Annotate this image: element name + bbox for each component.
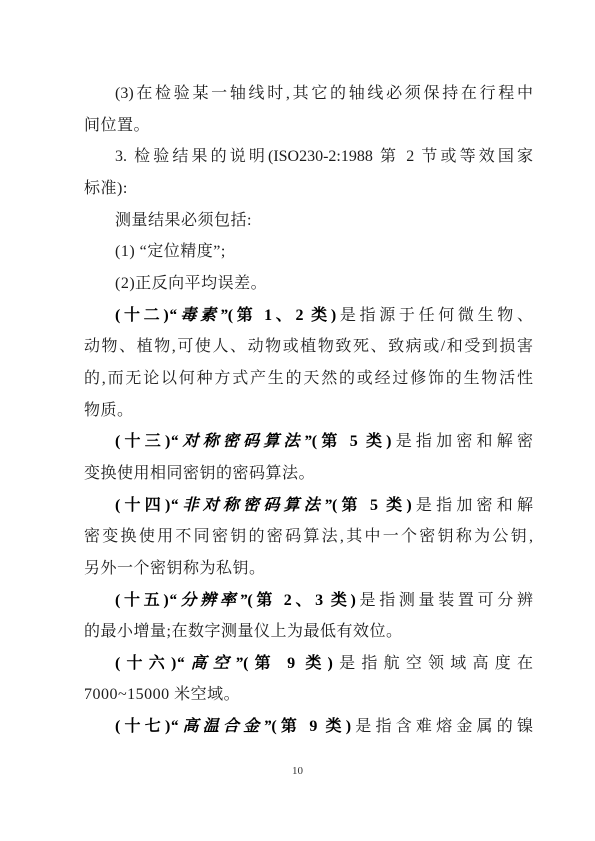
body-text: 是指含难熔金属的镍 — [351, 718, 533, 735]
paragraph: (十六)“高空”(第 9 类)是指航空领域高度在7000~15000 米空域。 — [84, 648, 533, 711]
body-text: 测量结果必须包括: — [115, 212, 252, 229]
emphasis-text: (第 9 类) — [243, 655, 333, 672]
emphasis-text: (第 5 类) — [332, 497, 412, 514]
emphasis-text: (第 5 类) — [312, 433, 392, 450]
body-text: 是指测量装置可分辨 — [356, 592, 533, 609]
text-line: (十三)“对称密码算法”(第 5 类)是指加密和解密 — [84, 426, 533, 458]
emphasis-text: “分辨率” — [169, 592, 248, 609]
text-line: 7000~15000 米空域。 — [84, 679, 533, 711]
body-text: 变换使用相同密钥的密码算法。 — [84, 465, 315, 482]
text-line: (十五)“分辨率”(第 2、3 类)是指测量装置可分辨 — [84, 585, 533, 617]
body-text: 是指加密和解 — [412, 497, 533, 514]
document-body: (3)在检验某一轴线时,其它的轴线必须保持在行程中间位置。3. 检验结果的说明(… — [84, 78, 533, 743]
paragraph: 3. 检验结果的说明(ISO230-2:1988 第 2 节或等效国家标准): — [84, 141, 533, 204]
body-text: (3)在检验某一轴线时,其它的轴线必须保持在行程中 — [115, 85, 533, 102]
emphasis-text: “对称密码算法” — [170, 433, 311, 450]
text-line: 的最小增量;在数字测量仪上为最低有效位。 — [84, 616, 533, 648]
text-line: 另外一个密钥称为私钥。 — [84, 553, 533, 585]
body-text: 是指源于任何微生物、 — [336, 307, 533, 324]
body-text: 是指航空领域高度在 — [333, 655, 533, 672]
body-text: 7000~15000 米空域。 — [84, 686, 240, 703]
body-text: (2)正反向平均误差。 — [115, 275, 267, 292]
text-line: 3. 检验结果的说明(ISO230-2:1988 第 2 节或等效国家 — [84, 141, 533, 173]
body-text: 动物、植物,可使人、动物或植物致死、致病或/和受到损害 — [84, 338, 533, 355]
text-line: 密变换使用不同密钥的密码算法,其中一个密钥称为公钥, — [84, 521, 533, 553]
body-text: 物质。 — [84, 402, 134, 419]
body-text: 密变换使用不同密钥的密码算法,其中一个密钥称为公钥, — [84, 528, 533, 545]
emphasis-text: (十七) — [115, 718, 170, 735]
document-page: (3)在检验某一轴线时,其它的轴线必须保持在行程中间位置。3. 检验结果的说明(… — [0, 0, 595, 841]
text-line: (2)正反向平均误差。 — [84, 268, 533, 300]
text-line: 的,而无论以何种方式产生的天然的或经过修饰的生物活性 — [84, 363, 533, 395]
text-line: 标准): — [84, 173, 533, 205]
paragraph: (十三)“对称密码算法”(第 5 类)是指加密和解密变换使用相同密钥的密码算法。 — [84, 426, 533, 489]
emphasis-text: “高温合金” — [170, 718, 271, 735]
body-text: 标准): — [84, 180, 128, 197]
page-number: 10 — [0, 764, 595, 778]
emphasis-text: (第 2、3 类) — [247, 592, 355, 609]
paragraph: 测量结果必须包括: — [84, 205, 533, 237]
body-text: 是指加密和解密 — [392, 433, 533, 450]
paragraph: (十四)“非对称密码算法”(第 5 类)是指加密和解密变换使用不同密钥的密码算法… — [84, 490, 533, 585]
body-text: 的最小增量;在数字测量仪上为最低有效位。 — [84, 623, 402, 640]
text-line: 动物、植物,可使人、动物或植物致死、致病或/和受到损害 — [84, 331, 533, 363]
paragraph: (3)在检验某一轴线时,其它的轴线必须保持在行程中间位置。 — [84, 78, 533, 141]
text-line: (3)在检验某一轴线时,其它的轴线必须保持在行程中 — [84, 78, 533, 110]
emphasis-text: (十二) — [115, 307, 169, 324]
body-text: 的,而无论以何种方式产生的天然的或经过修饰的生物活性 — [84, 370, 533, 387]
body-text: 另外一个密钥称为私钥。 — [84, 560, 266, 577]
emphasis-text: (第 1、2 类) — [228, 307, 336, 324]
paragraph: (十七)“高温合金”(第 9 类)是指含难熔金属的镍 — [84, 711, 533, 743]
paragraph: (2)正反向平均误差。 — [84, 268, 533, 300]
emphasis-text: “高空” — [176, 655, 243, 672]
text-line: (十六)“高空”(第 9 类)是指航空领域高度在 — [84, 648, 533, 680]
text-line: (十二)“毒素”(第 1、2 类)是指源于任何微生物、 — [84, 300, 533, 332]
text-line: 间位置。 — [84, 110, 533, 142]
text-line: (1) “定位精度”; — [84, 236, 533, 268]
body-text: (1) “定位精度”; — [115, 243, 226, 260]
paragraph: (十五)“分辨率”(第 2、3 类)是指测量装置可分辨的最小增量;在数字测量仪上… — [84, 585, 533, 648]
emphasis-text: (十三) — [115, 433, 170, 450]
text-line: (十四)“非对称密码算法”(第 5 类)是指加密和解 — [84, 490, 533, 522]
body-text: 间位置。 — [84, 117, 150, 134]
body-text: 3. 检验结果的说明(ISO230-2:1988 第 2 节或等效国家 — [115, 148, 533, 165]
text-line: (十七)“高温合金”(第 9 类)是指含难熔金属的镍 — [84, 711, 533, 743]
paragraph: (十二)“毒素”(第 1、2 类)是指源于任何微生物、动物、植物,可使人、动物或… — [84, 300, 533, 427]
emphasis-text: (十五) — [115, 592, 169, 609]
emphasis-text: “非对称密码算法” — [170, 497, 332, 514]
emphasis-text: (十四) — [115, 497, 170, 514]
emphasis-text: (第 9 类) — [271, 718, 351, 735]
paragraph: (1) “定位精度”; — [84, 236, 533, 268]
emphasis-text: (十六) — [115, 655, 176, 672]
text-line: 物质。 — [84, 395, 533, 427]
text-line: 变换使用相同密钥的密码算法。 — [84, 458, 533, 490]
emphasis-text: “毒素” — [169, 307, 228, 324]
text-line: 测量结果必须包括: — [84, 205, 533, 237]
